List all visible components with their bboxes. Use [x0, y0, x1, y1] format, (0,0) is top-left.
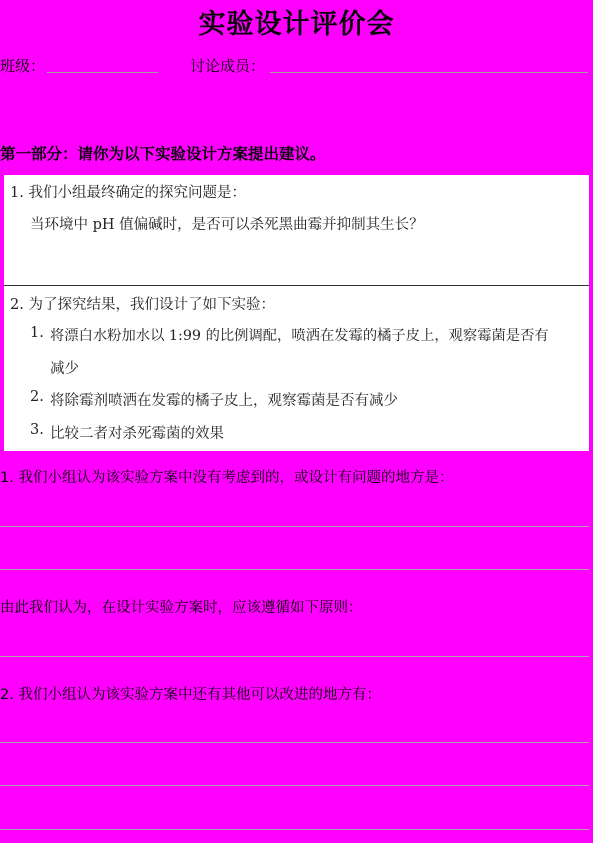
step-1-num: 1.: [30, 325, 44, 341]
step-3-text: 比较二者对杀死霉菌的效果: [50, 422, 224, 443]
answer-line-6[interactable]: [0, 829, 589, 830]
class-field[interactable]: [47, 72, 158, 73]
box-divider: [4, 285, 589, 286]
step-2-text: 将除霉剂喷洒在发霉的橘子皮上，观察霉菌是否有减少: [50, 389, 398, 410]
answer-line-3[interactable]: [0, 656, 589, 657]
answer-line-2[interactable]: [0, 569, 589, 570]
section-heading: 第一部分：请你为以下实验设计方案提出建议。: [0, 142, 326, 164]
page-title: 实验设计评价会: [0, 2, 593, 41]
research-question: 当环境中 pH 值偏碱时，是否可以杀死黑曲霉并抑制其生长？: [30, 213, 424, 234]
step-1-text: 将漂白水粉加水以 1:99 的比例调配，喷洒在发霉的橘子皮上，观察霉菌是否有: [50, 325, 549, 345]
answer-line-5[interactable]: [0, 785, 589, 786]
step-3-num: 3.: [30, 422, 44, 438]
question-1: 1. 我们小组认为该实验方案中没有考虑到的，或设计有问题的地方是：: [0, 466, 453, 487]
members-label: 讨论成员：: [190, 55, 265, 76]
step-2-num: 2.: [30, 389, 44, 405]
answer-line-1[interactable]: [0, 526, 589, 527]
q2-label: 2. 为了探究结果，我们设计了如下实验：: [10, 293, 275, 314]
members-field[interactable]: [270, 72, 588, 73]
step-1-text-cont: 减少: [50, 357, 79, 378]
class-label: 班级：: [0, 55, 45, 76]
q1-label: 1. 我们小组最终确定的探究问题是：: [10, 181, 246, 202]
principle-prompt: 由此我们认为，在设计实验方案时，应该遵循如下原则：: [0, 596, 363, 617]
answer-line-4[interactable]: [0, 742, 589, 743]
question-2: 2. 我们小组认为该实验方案中还有其他可以改进的地方有：: [0, 683, 381, 704]
